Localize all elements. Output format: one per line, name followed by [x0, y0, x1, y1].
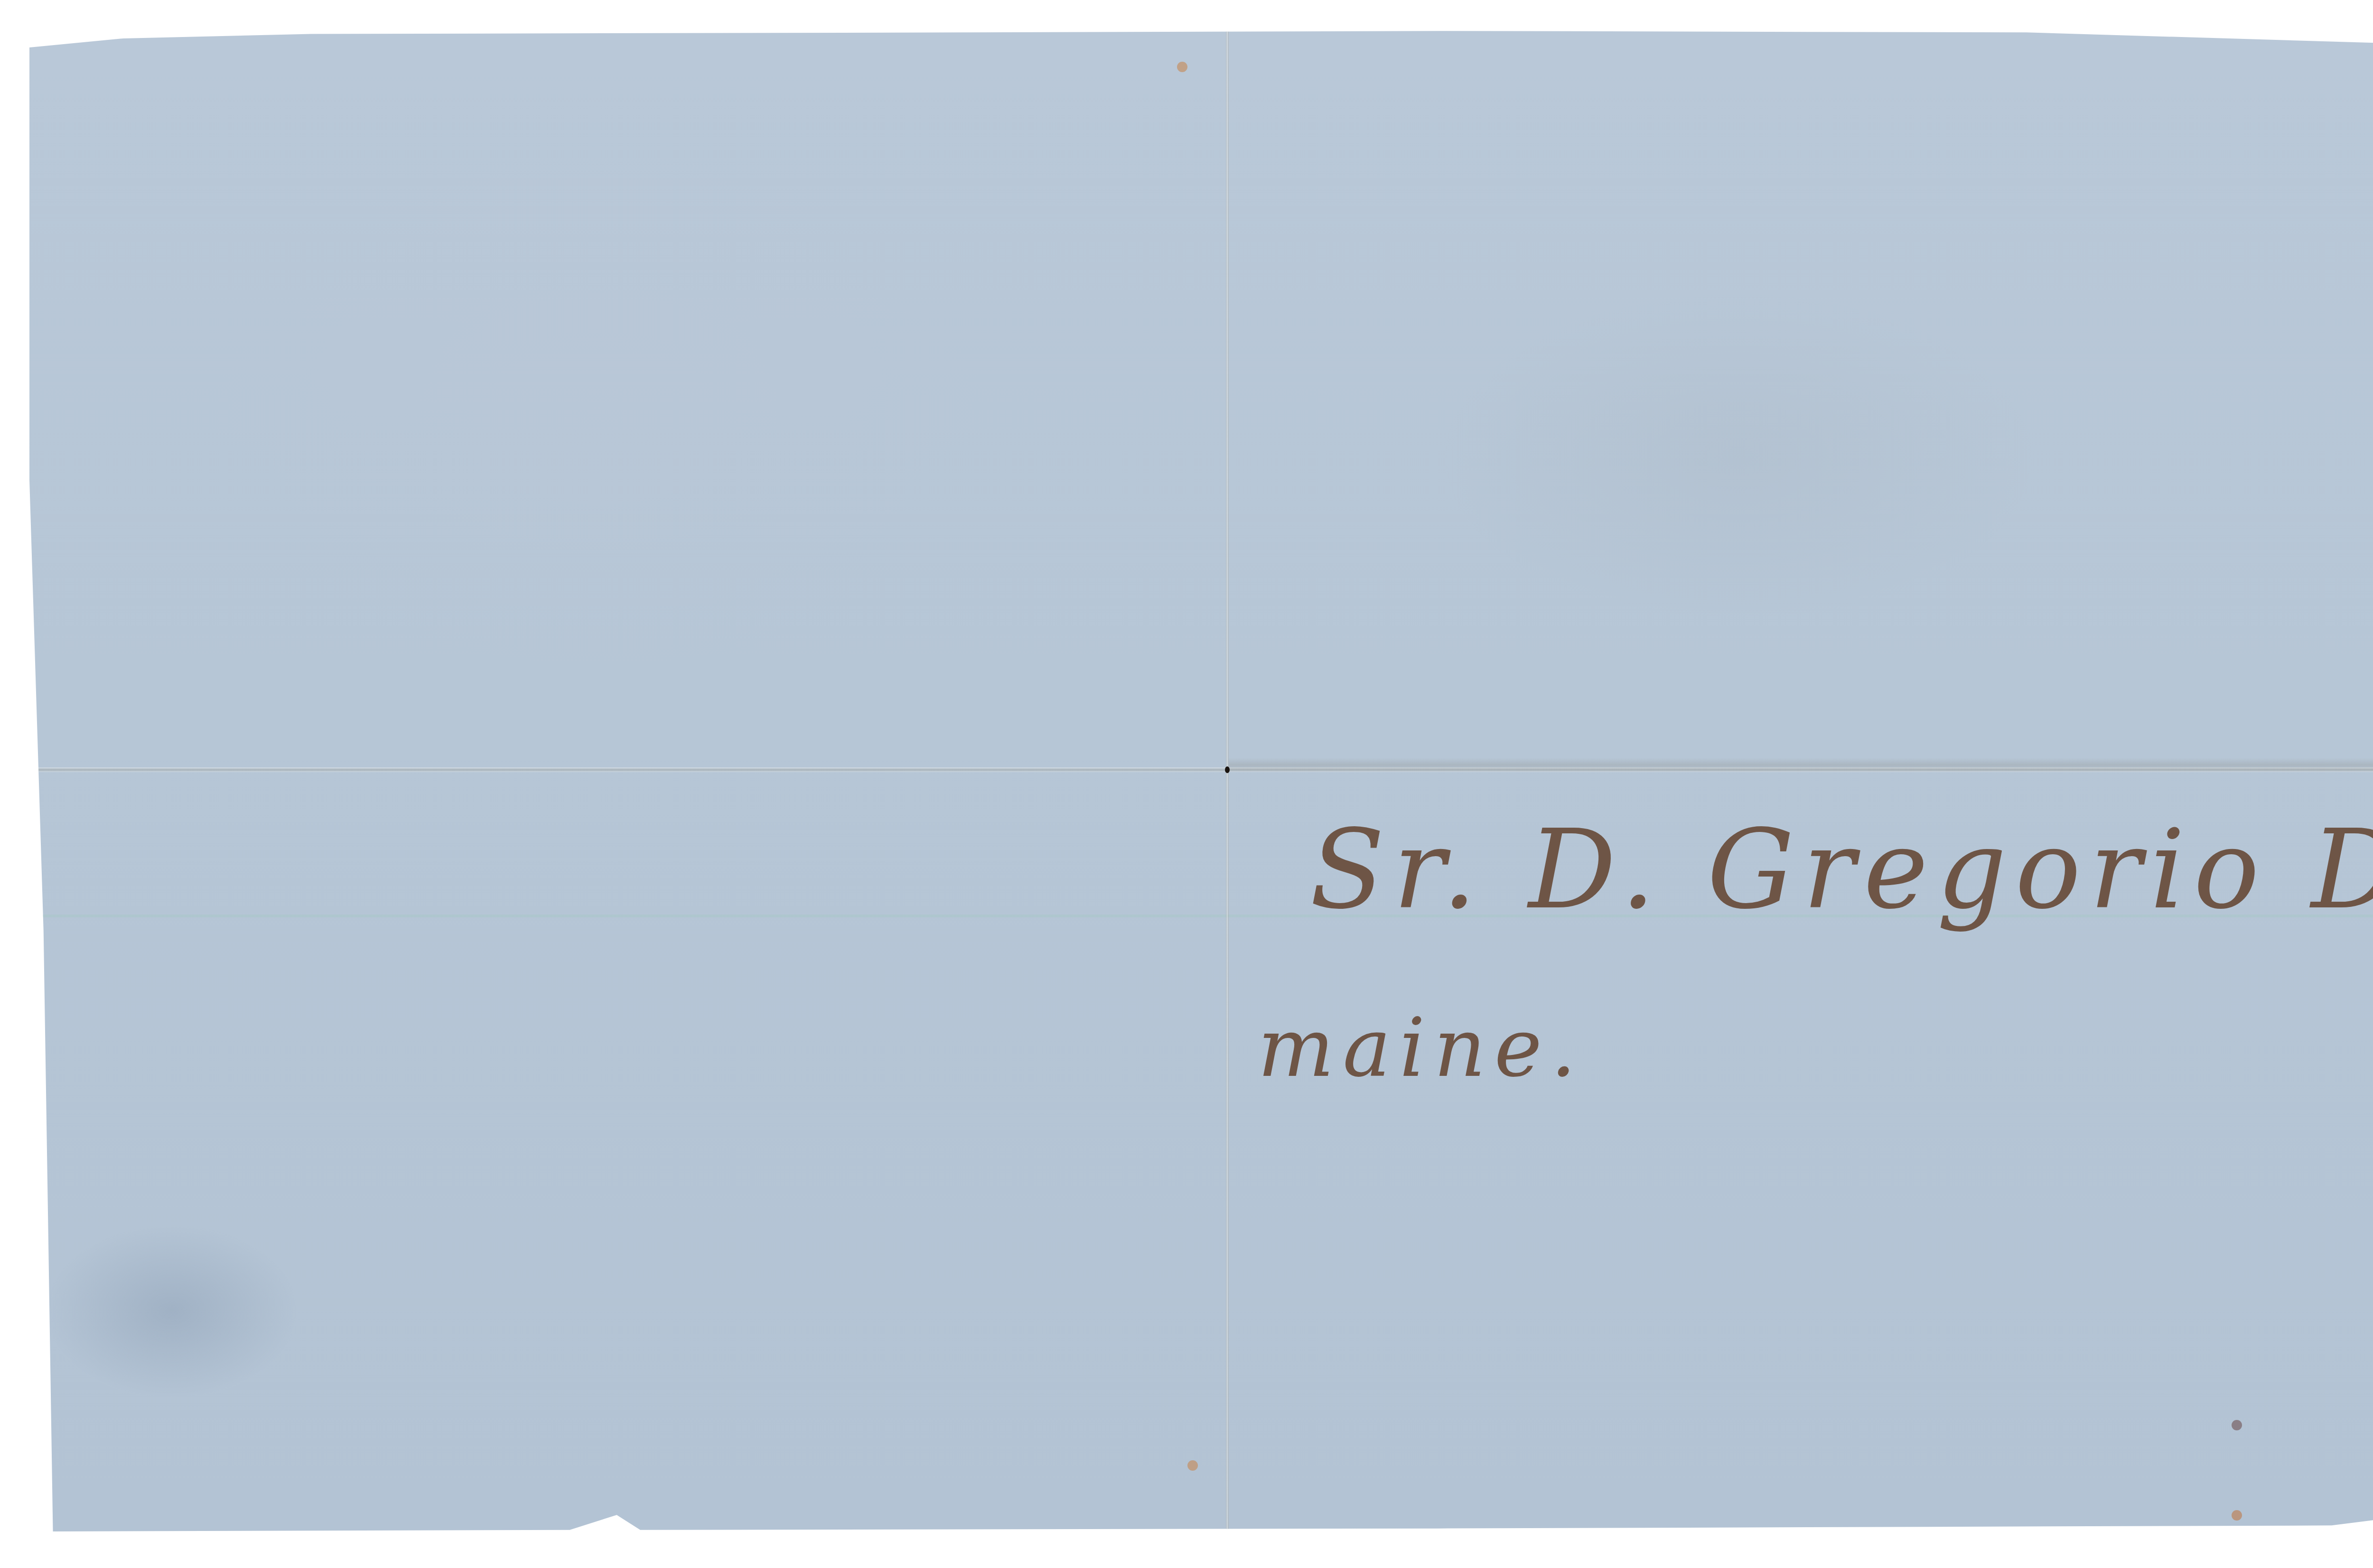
fold-stain — [1229, 758, 2373, 772]
letter-paper — [29, 29, 2373, 1531]
ink-spot — [1225, 766, 1230, 773]
address-line-1: Sr. D. Gregorio Da– — [1310, 807, 2373, 933]
address-line-2: maine. — [1258, 1001, 1585, 1095]
foxing-spot — [2232, 1420, 2242, 1430]
vertical-fold-crease — [1226, 29, 1229, 1531]
foxing-spot — [2232, 1510, 2242, 1521]
foxing-spot — [1187, 1460, 1198, 1471]
foxing-spot — [1177, 62, 1187, 72]
